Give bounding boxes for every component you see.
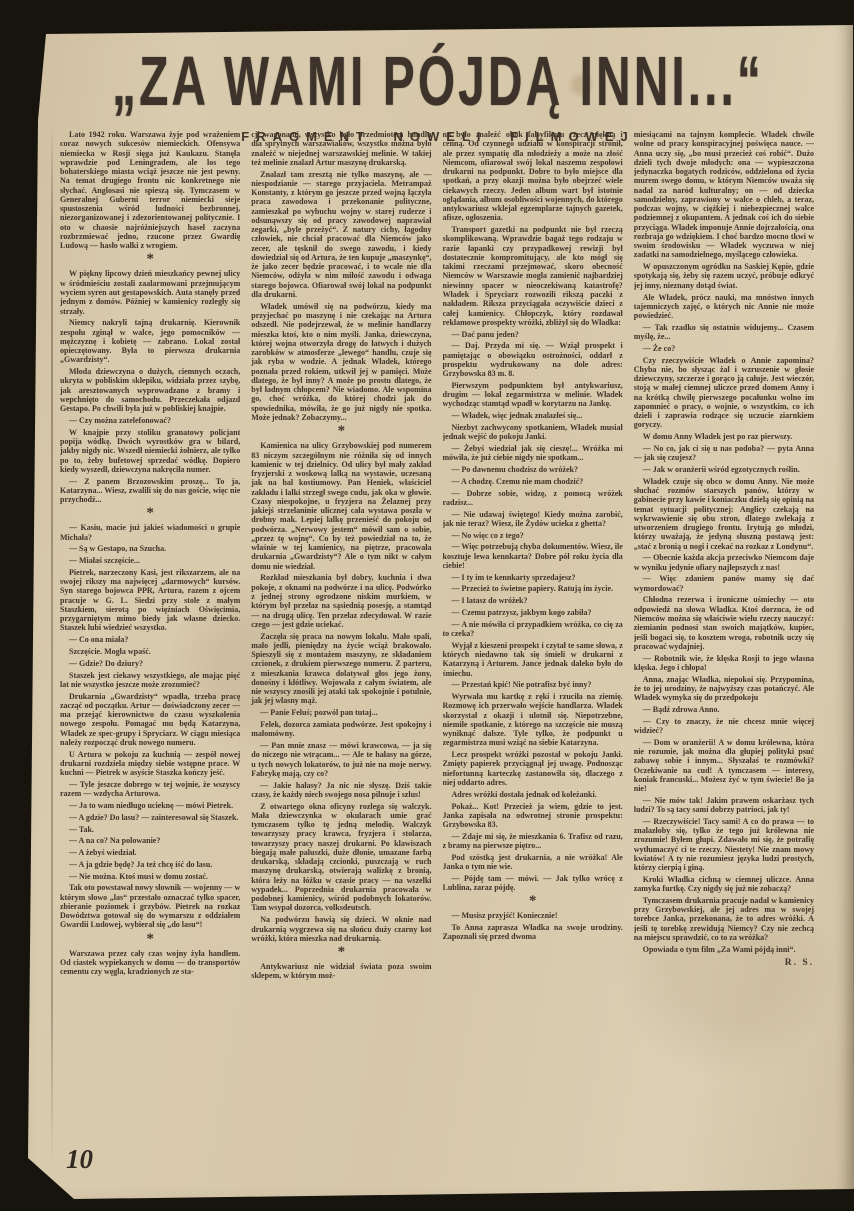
dialogue-paragraph: — Więc potrzebują chyba dokumentów. Wies… xyxy=(443,542,623,570)
paragraph: Kamienica na ulicy Grzybowskiej pod nume… xyxy=(251,441,431,571)
paragraph: Pietrek, narzeczony Kasi, jest rikszarze… xyxy=(60,568,240,633)
paragraph: Staszek jest ciekawy wszystkiego, ale ma… xyxy=(60,671,240,690)
dialogue-paragraph: — No więc co z tego? xyxy=(443,531,623,540)
paragraph: Czy rzeczywiście Władek o Annie zapomina… xyxy=(634,356,814,430)
dialogue-paragraph: — Gdzie? Do dziury? xyxy=(60,659,240,668)
dialogue-paragraph: — Dać panu jeden? xyxy=(443,330,623,339)
dialogue-paragraph: — Pójdę tam — mówi. — Jak tylko wrócę z … xyxy=(443,874,623,893)
paragraph: Chłodna rezerwa i ironiczne uśmiechy — o… xyxy=(634,595,814,651)
dialogue-paragraph: — Jakie hałasy? Ja nic nie słyszę. Dziś … xyxy=(251,781,431,800)
paragraph: Antykwariusz nie widział świata poza swo… xyxy=(251,962,431,981)
dialogue-paragraph: — Władek, więc jednak znalazłeś się... xyxy=(443,411,623,420)
dialogue-paragraph: — Miałaś szczęście... xyxy=(60,556,240,565)
dialogue-paragraph: — Daj. Przyda mi się. — Wziął prospekt i… xyxy=(443,341,623,378)
paragraph: Drukarnia „Gwardzisty“ wpadła, trzeba pr… xyxy=(60,692,240,748)
paragraph: Szczęście. Mogła wpaść. xyxy=(60,647,240,656)
dialogue-paragraph: — Co ona miała? xyxy=(60,635,240,644)
paragraph: Z otwartego okna oficyny rozlega się wal… xyxy=(251,802,431,913)
paragraph: Anna, znając Władka, niepokoi się. Przyp… xyxy=(634,675,814,703)
dialogue-paragraph: — A ja gdzie będę? Ja też chcę iść do la… xyxy=(60,860,240,869)
paragraph: Adres wróżki dostała jednak od koleżanki… xyxy=(443,790,623,799)
dialogue-paragraph: — Tyle jeszcze dobrego w tej wojnie, że … xyxy=(60,780,240,799)
dialogue-paragraph: — Dom w oranżerii! A w domu królewna, kt… xyxy=(634,738,814,794)
paragraph: W piękny lipcowy dzień mieszkańcy pewnej… xyxy=(60,269,240,315)
paragraph: Na podwórzu bawią się dzieci. W oknie na… xyxy=(251,915,431,943)
dialogue-paragraph: — Dobrze sobie, widzę, z pomocą wróżek r… xyxy=(443,489,623,508)
dialogue-paragraph: — Są w Gestapo, na Szucha. xyxy=(60,544,240,553)
paragraph: Ale Władek, prócz nauki, ma mnóstwo inny… xyxy=(634,293,814,321)
dialogue-paragraph: — Pan mnie znasz — mówi krawcowa, — ja s… xyxy=(251,741,431,778)
dialogue-paragraph: — No co, jak ci się u nas podoba? — pyta… xyxy=(634,444,814,463)
dialogue-paragraph: — Panie Feluś; pozwól pan tutaj... xyxy=(251,708,431,717)
text-column-4: miesiącami na tajnym komplecie. Władek c… xyxy=(634,130,814,1182)
dialogue-paragraph: — Bądź zdrowa Anno. xyxy=(634,705,814,714)
dialogue-paragraph: — Przecież to świetne papiery. Ratują im… xyxy=(443,584,623,593)
paragraph: Niezbyt zachwycony spotkaniem, Władek mu… xyxy=(443,423,623,442)
section-separator: * xyxy=(443,896,623,906)
paragraph: Pierwszym podpunktem był antykwariusz, d… xyxy=(443,381,623,409)
paragraph: na było znaleźć obok falsyfikatu rzecz p… xyxy=(443,130,623,223)
paragraph: Lato 1942 roku. Warszawa żyje pod wrażen… xyxy=(60,130,240,250)
dialogue-paragraph: — Rzeczywiście! Tacy sami! A co do prawa… xyxy=(634,817,814,873)
paragraph: Opowiada o tym film „Za Wami pójdą inni“… xyxy=(634,945,814,954)
article-body: Lato 1942 roku. Warszawa żyje pod wrażen… xyxy=(60,130,814,1182)
paragraph: Tak oto powstawał nowy słownik — wojenny… xyxy=(60,883,240,929)
dialogue-paragraph: — A chodzę. Czemu nie mam chodzić? xyxy=(443,477,623,486)
dialogue-paragraph: — Czemu patrzysz, jakbym kogo zabiła? xyxy=(443,608,623,617)
dialogue-paragraph: — Musisz przyjść! Koniecznie! xyxy=(443,911,623,920)
dialogue-paragraph: — Czy to znaczy, że nie chcesz mnie więc… xyxy=(634,717,814,736)
dialogue-paragraph: — Tak rzadko się ostatnio widujemy... Cz… xyxy=(634,323,814,342)
paragraph: W knajpie przy stoliku granatowy policja… xyxy=(60,428,240,474)
dialogue-paragraph: — I latasz do wróżek? xyxy=(443,596,623,605)
paragraph: U Artura w pokoju za kuchnią — zespół no… xyxy=(60,750,240,778)
paragraph: Wyjął z kieszeni prospekt i czytał te sa… xyxy=(443,641,623,678)
paragraph: cji wagonami, wszystko było przedmiotem … xyxy=(251,130,431,167)
dialogue-paragraph: — Zdaje mi się, że mieszkania 6. Trafisz… xyxy=(443,832,623,851)
dialogue-paragraph: — A gdzie? Do lasu? — zainteresował się … xyxy=(60,813,240,822)
dialogue-paragraph: — Jak w oranżerii wśród egzotycznych roś… xyxy=(634,465,814,474)
paragraph: Młoda dziewczyna o dużych, ciemnych ocza… xyxy=(60,367,240,413)
dialogue-paragraph: — Po dawnemu chodzisz do wróżek? xyxy=(443,465,623,474)
dialogue-paragraph: — A żebyś wiedział. xyxy=(60,848,240,857)
page-number: 10 xyxy=(66,1144,93,1175)
paragraph: W domu Anny Władek jest po raz pierwszy. xyxy=(634,432,814,441)
paragraph: Znalazł tam zresztą nie tylko maszynę, a… xyxy=(251,170,431,300)
paragraph: Wyrwała mu kartkę z ręki i rzuciła na zi… xyxy=(443,692,623,748)
article-title: „ZA WAMI PÓJDĄ INNI...“ xyxy=(52,40,823,121)
dialogue-paragraph: — Że co? xyxy=(634,344,814,353)
dialogue-paragraph: — Nie mów tak! Jakim prawem oskarżasz ty… xyxy=(634,796,814,815)
paragraph: Pokaż... Kot! Przecież ja wiem, gdzie to… xyxy=(443,802,623,830)
section-separator: * xyxy=(60,508,240,518)
text-column-1: Lato 1942 roku. Warszawa żyje pod wrażen… xyxy=(60,130,240,1182)
dialogue-paragraph: — Obecnie każda akcja przeciwko Niemcom … xyxy=(634,553,814,572)
paragraph: Władek czuje się obco w domu Anny. Nie m… xyxy=(634,477,814,551)
scanned-newspaper-page: „ZA WAMI PÓJDĄ INNI...“ FRAGMENT NOWELI … xyxy=(0,0,854,1211)
page-fold-shadow xyxy=(51,125,53,1165)
paragraph: Zaczęła się praca na nowym lokalu. Mało … xyxy=(251,632,431,706)
paragraph: Pod szóstką jest drukarnia, a nie wróżka… xyxy=(443,853,623,872)
paragraph: Lecz prospekt wróżki pozostał w pokoju J… xyxy=(443,750,623,787)
article-header: „ZA WAMI PÓJDĄ INNI...“ FRAGMENT NOWELI … xyxy=(60,40,816,144)
dialogue-paragraph: — Czy można zatelefonować? xyxy=(60,416,240,425)
dialogue-paragraph: — Więc zdaniem panów mamy się dać wymord… xyxy=(634,574,814,593)
section-separator: * xyxy=(251,947,431,957)
dialogue-paragraph: — Tak. xyxy=(60,825,240,834)
dialogue-paragraph: — Przestań kpić! Nie potrafisz być inny? xyxy=(443,680,623,689)
text-column-3: na było znaleźć obok falsyfikatu rzecz p… xyxy=(443,130,623,1182)
paragraph: W opuszczonym ogródku na Saskiej Kępie, … xyxy=(634,262,814,290)
dialogue-paragraph: — Z panem Brzozowskim proszę... To ja, K… xyxy=(60,477,240,505)
dialogue-paragraph: — A na co? Na polowanie? xyxy=(60,836,240,845)
dialogue-paragraph: — Ja to wam niedługo ucieknę — mówi Piet… xyxy=(60,801,240,810)
dialogue-paragraph: — Żebyś wiedział jak się cieszę!... Wróż… xyxy=(443,444,623,463)
dialogue-paragraph: — Nie udawaj świętego! Kiedy można zarob… xyxy=(443,510,623,529)
paragraph: Władek umówił się na podwórzu, kiedy ma … xyxy=(251,302,431,422)
section-separator: * xyxy=(60,254,240,264)
paragraph: Rozkład mieszkania był dobry, kuchnia i … xyxy=(251,573,431,629)
dialogue-paragraph: — A nie mówiła ci przypadkiem wróżka, co… xyxy=(443,620,623,639)
paragraph: Felek, dozorca zamiata podwórze. Jest sp… xyxy=(251,720,431,739)
dialogue-paragraph: — Robotnik wie, że klęska Rosji to jego … xyxy=(634,654,814,673)
dialogue-paragraph: — Kasiu, macie już jakieś wiadomości o g… xyxy=(60,523,240,542)
section-separator: * xyxy=(251,426,431,436)
paragraph: miesiącami na tajnym komplecie. Władek c… xyxy=(634,130,814,260)
section-separator: * xyxy=(60,934,240,944)
dialogue-paragraph: — Nie można. Ktoś musi w domu zostać. xyxy=(60,872,240,881)
paragraph: Kroki Władka cichną w ciemnej uliczce. A… xyxy=(634,875,814,894)
paragraph: To Anna zaprasza Władka na swoje urodzin… xyxy=(443,923,623,942)
text-column-2: cji wagonami, wszystko było przedmiotem … xyxy=(251,130,431,1182)
paragraph: Transport gazetki na podpunkt nie był rz… xyxy=(443,225,623,327)
author-signature: R. S. xyxy=(634,958,814,969)
dialogue-paragraph: — I ty im te kennkarty sprzedajesz? xyxy=(443,573,623,582)
paragraph: Tymczasem drukarnia pracuje nadal w kami… xyxy=(634,896,814,942)
paragraph: Warszawa przez cały czas wojny żyła hand… xyxy=(60,949,240,977)
paragraph: Niemcy nakryli tajną drukarnię. Kierowni… xyxy=(60,318,240,364)
